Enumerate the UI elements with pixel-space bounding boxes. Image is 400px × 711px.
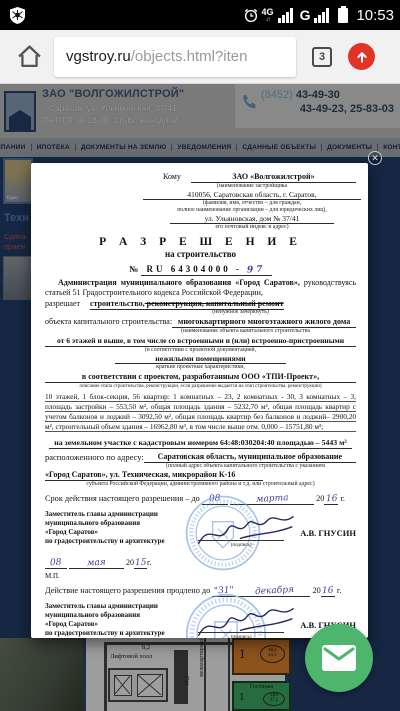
doc-specs: 10 этажей, 1 блок-секция, 56 квартир: 1 … <box>45 392 356 432</box>
date-month-handwritten: мая <box>87 557 106 568</box>
network-4g-indicator: 4G ↓↑ <box>262 8 274 23</box>
doc-note: (наименование объекта капитального строи… <box>135 328 356 335</box>
validity-year-handwritten: 16 <box>325 493 337 504</box>
permit-document: Кому ЗАО «Волгожилстрой» (наименование з… <box>31 163 368 638</box>
doc-note: (фамилия, имя, отчество – для граждан, <box>143 200 361 207</box>
doc-project-line: в соответствии с проектом, разработанным… <box>45 372 356 383</box>
signal-bars-icon-2 <box>314 7 332 23</box>
officer-title-line: по градостроительству и архитектуре <box>45 537 186 546</box>
url-address-bar[interactable]: vgstroy.ru/objects.html?iten <box>54 37 296 77</box>
extend-year-handwritten: 16 <box>322 585 334 596</box>
date-year-handwritten: 15 <box>135 557 147 568</box>
officer-name: А.В. ГНУСИН <box>300 528 356 538</box>
doc-note: краткие проектные характеристики, <box>45 364 356 371</box>
tab-count: 3 <box>319 51 325 63</box>
doc-note: полное наименование организации – для юр… <box>143 207 361 214</box>
doc-year-print: 20 <box>126 558 134 567</box>
doc-year-suffix: г. <box>147 558 151 567</box>
status-bar: 4G ↓↑ G 10:53 <box>0 0 400 30</box>
officer-title-line: «Город Саратов» <box>45 528 186 537</box>
doc-nonres-line: нежилыми помещениями <box>115 354 286 364</box>
doc-validity-label: Срок действия настоящего разрешения – до <box>45 494 200 503</box>
arrow-up-icon <box>354 49 370 65</box>
envelope-icon <box>322 645 356 671</box>
browser-toolbar: vgstroy.ru/objects.html?iten 3 <box>0 30 400 84</box>
doc-number: RU 64304000 - <box>147 264 243 274</box>
data-saver-button[interactable] <box>348 43 375 70</box>
doc-note: (наименование застройщика <box>143 183 361 190</box>
close-icon: ✕ <box>371 154 379 163</box>
doc-floors-line: от 6 этажей и выше, в том числе со встро… <box>45 336 356 347</box>
officer-title-line: муниципального образования <box>45 611 186 620</box>
doc-mp-label: М.П. <box>45 571 356 581</box>
permit-document-modal: Кому ЗАО «Волгожилстрой» (наименование з… <box>31 163 368 638</box>
officer-title-line: Заместитель главы администрации <box>45 602 186 611</box>
signature-note: (подпись) <box>198 541 284 551</box>
doc-to-label: Кому <box>163 172 181 183</box>
officer-title-line: «Город Саратов» <box>45 620 186 629</box>
doc-note: субъекта Российской Федерации, администр… <box>45 481 356 488</box>
date-day-handwritten: 08 <box>50 557 62 568</box>
officer-title-line: муниципального образования <box>45 519 186 528</box>
modal-close-button[interactable]: ✕ <box>368 151 382 165</box>
signal-bars-icon-1 <box>278 7 296 23</box>
doc-authority: Администрация муниципального образования… <box>58 278 300 287</box>
doc-addr1: 410056, Саратовская область, г. Саратов, <box>143 190 361 200</box>
url-host: vgstroy.ru <box>66 48 131 65</box>
doc-permits-struck: реконструкция, капитальный ремонт <box>145 299 284 308</box>
doc-note: его почтовый индекс и адрес) <box>143 224 361 231</box>
doc-parcel-line: на земельном участке с кадастровым номер… <box>49 437 352 449</box>
doc-object-value: многоквартирного многоэтажного жилого до… <box>172 317 356 328</box>
doc-permits-label: разрешает <box>45 299 80 308</box>
alarm-clock-icon <box>243 7 259 23</box>
doc-year-print: 20 <box>316 494 324 503</box>
tab-counter-button[interactable]: 3 <box>312 47 332 67</box>
doc-number-label: № <box>129 264 138 274</box>
url-path: /objects.html?iten <box>131 48 248 65</box>
doc-address-value2: «Город Саратов», ул. Техническая, микрор… <box>45 470 263 481</box>
doc-permits-kept: строительство, <box>90 299 145 308</box>
network-g-indicator: G <box>300 7 311 23</box>
doc-note: (в соответствии с проектной документацие… <box>45 347 356 354</box>
clock-time: 10:53 <box>356 7 394 24</box>
home-icon <box>16 43 43 70</box>
doc-addr2: ул. Ульяновская, дом № 37/41 <box>170 214 334 224</box>
doc-note: (ненужное зачеркнуть) <box>125 309 356 316</box>
doc-note: (полный адрес объекта капитального строи… <box>135 463 356 470</box>
doc-object-label: объекта капитального строительства: <box>45 317 172 328</box>
doc-title: Р А З Р Е Ш Е Н И Е <box>45 236 356 249</box>
doc-address-label: расположенного по адресу: <box>45 452 144 463</box>
doc-number-handwritten: 97 <box>247 265 266 276</box>
doc-subtitle: на строительство <box>45 249 356 260</box>
doc-to-value: ЗАО «Волгожилстрой» <box>191 172 356 183</box>
doc-note: описание этапа строительства, реконструк… <box>45 383 356 390</box>
phone-screen: 4G ↓↑ G 10:53 vgstroy.ru/objects.html?it… <box>0 0 400 711</box>
battery-icon <box>338 8 348 23</box>
signature-note: (подпись) <box>198 633 284 639</box>
officer-title-line: Заместитель главы администрации <box>45 510 186 519</box>
doc-year-suffix: г. <box>337 586 342 595</box>
doc-year-suffix: г. <box>340 494 345 503</box>
doc-year-print: 20 <box>313 586 321 595</box>
officer-title-line: по градостроительству и архитектуре <box>45 629 186 638</box>
chat-widget-button[interactable] <box>305 624 373 692</box>
home-button[interactable] <box>14 42 44 72</box>
doc-address-value: Саратовская область, муниципальное образ… <box>144 452 356 463</box>
drweb-spider-icon <box>8 6 27 25</box>
